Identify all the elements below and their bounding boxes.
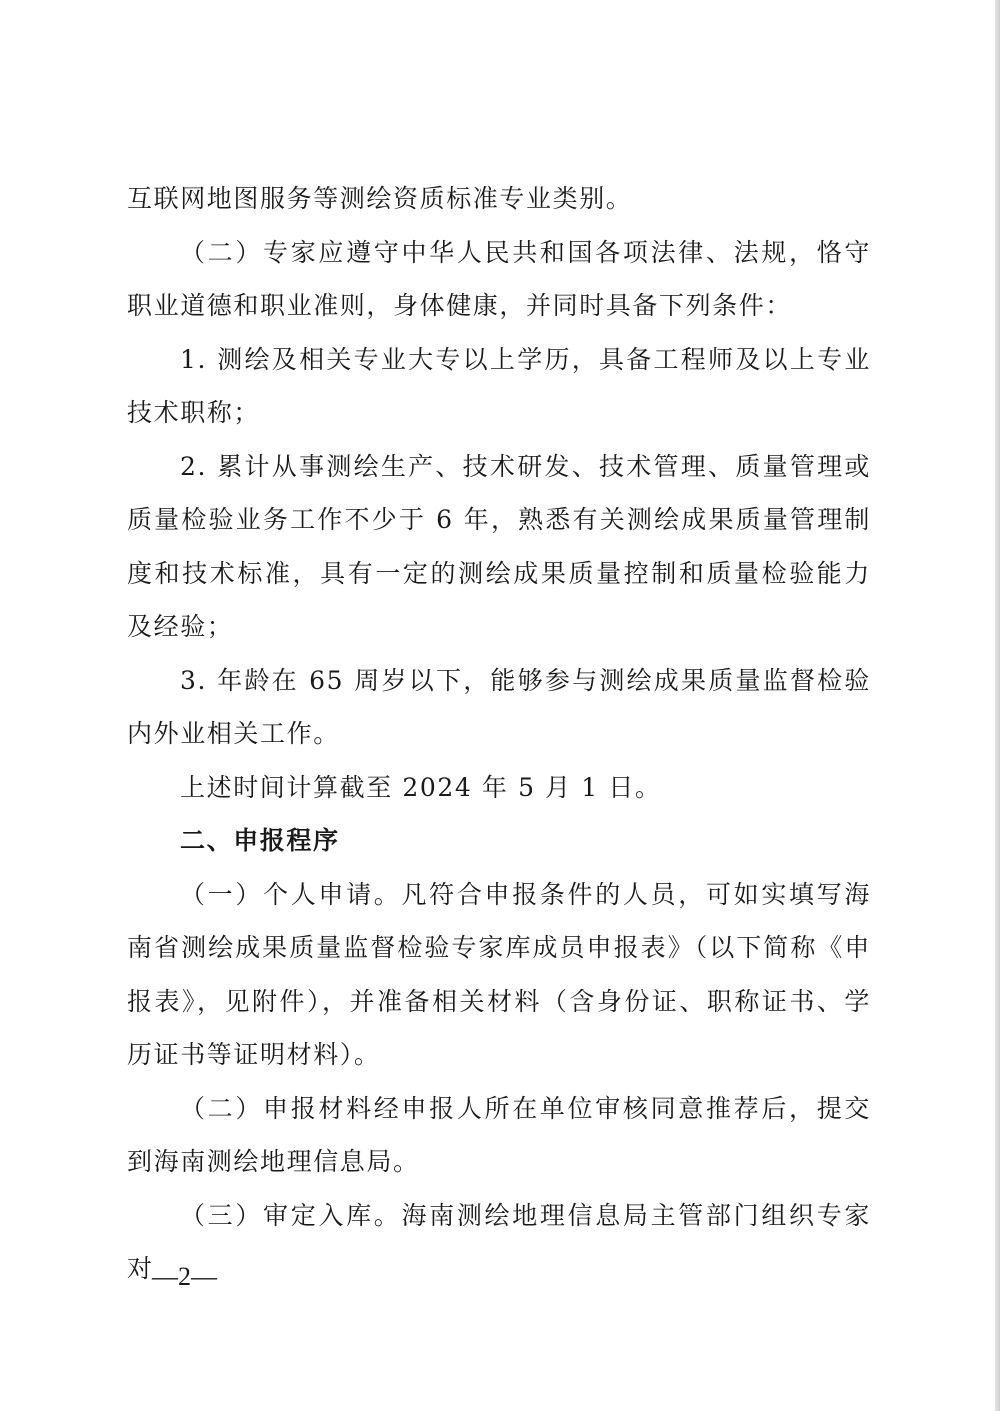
paragraph-continuation: 互联网地图服务等测绘资质标准专业类别。 xyxy=(127,172,871,226)
paragraph-time-note: 上述时间计算截至 2024 年 5 月 1 日。 xyxy=(127,761,871,815)
document-page: 互联网地图服务等测绘资质标准专业类别。 （二）专家应遵守中华人民共和国各项法律、… xyxy=(0,0,995,1411)
page-edge-shadow xyxy=(995,0,1000,1411)
page-number: —2— xyxy=(152,1262,217,1292)
paragraph-expert-requirements: （二）专家应遵守中华人民共和国各项法律、法规，恪守职业道德和职业准则，身体健康，… xyxy=(127,226,871,333)
document-body: 互联网地图服务等测绘资质标准专业类别。 （二）专家应遵守中华人民共和国各项法律、… xyxy=(127,172,871,1296)
paragraph-condition-3: 3. 年龄在 65 周岁以下，能够参与测绘成果质量监督检验内外业相关工作。 xyxy=(127,654,871,761)
paragraph-condition-2: 2. 累计从事测绘生产、技术研发、技术管理、质量管理或质量检验业务工作不少于 6… xyxy=(127,440,871,654)
paragraph-step-3: （三）审定入库。海南测绘地理信息局主管部门组织专家对 xyxy=(127,1189,871,1296)
paragraph-condition-1: 1. 测绘及相关专业大专以上学历，具备工程师及以上专业技术职称； xyxy=(127,333,871,440)
section-heading-application-procedure: 二、申报程序 xyxy=(127,814,871,868)
paragraph-step-1: （一）个人申请。凡符合申报条件的人员，可如实填写海南省测绘成果质量监督检验专家库… xyxy=(127,868,871,1082)
paragraph-step-2: （二）申报材料经申报人所在单位审核同意推荐后，提交到海南测绘地理信息局。 xyxy=(127,1082,871,1189)
